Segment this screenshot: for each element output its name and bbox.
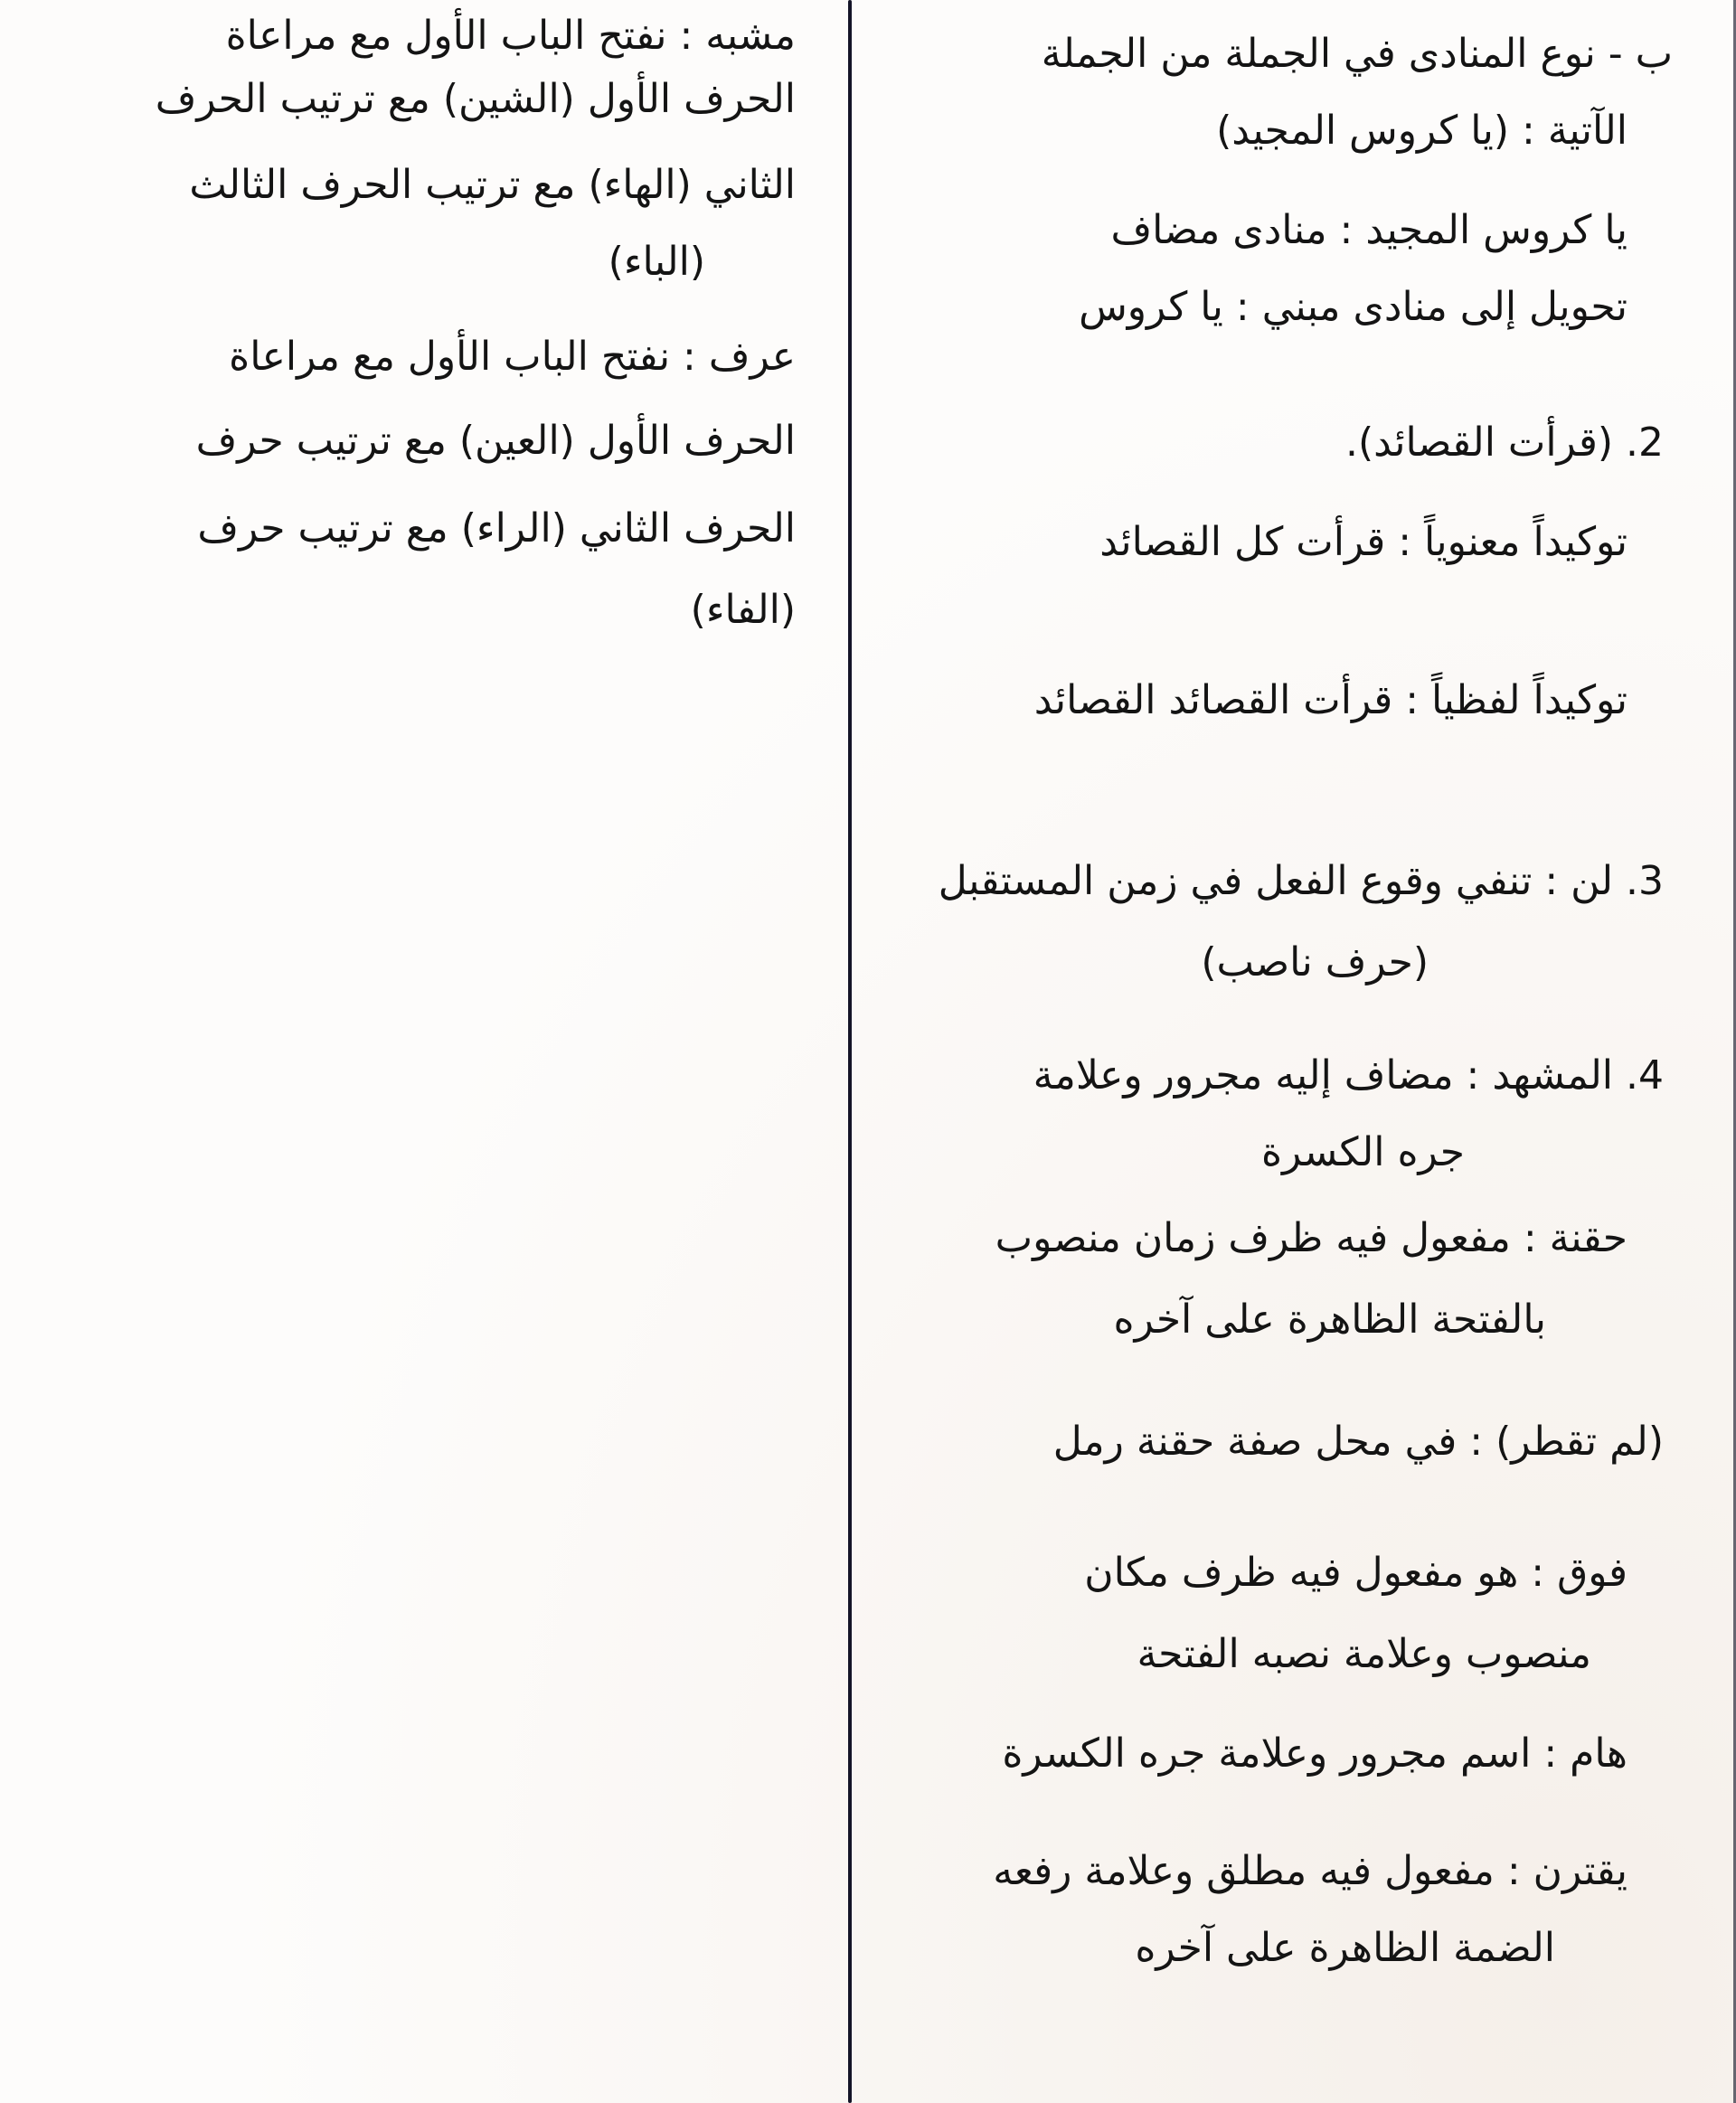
note-line: تحويل إلى منادى مبني : يا كروس <box>1079 280 1627 335</box>
question-3-line: 3. لن : تنفي وقوع الفعل في زمن المستقبل <box>939 854 1664 909</box>
note-line: يا كروس المجيد : منادى مضاف <box>1111 203 1627 258</box>
note-line: الحرف الأول (العين) مع ترتيب حرف <box>196 414 796 468</box>
question-b-line: ب - نوع المنادى في الجملة من الجملة <box>1042 27 1673 81</box>
note-line: منصوب وعلامة نصبه الفتحة <box>1137 1627 1591 1682</box>
note-line: توكيداً لفظياً : قرأت القصائد القصائد <box>1034 674 1627 728</box>
note-line: بالفتحة الظاهرة على آخره <box>1114 1293 1546 1347</box>
question-2-line: 2. (قرأت القصائد). <box>1345 416 1664 470</box>
note-line: الثاني (الهاء) مع ترتيب الحرف الثالث <box>189 158 796 212</box>
note-line: حقنة : مفعول فيه ظرف زمان منصوب <box>995 1212 1627 1266</box>
note-line: مشبه : نفتح الباب الأول مع مراعاة <box>226 9 796 63</box>
note-line: الآتية : (يا كروس المجيد) <box>1216 104 1627 158</box>
note-line: هام : اسم مجرور وعلامة جره الكسرة <box>1002 1727 1627 1781</box>
note-line: الحرف الثاني (الراء) مع ترتيب حرف <box>197 502 796 556</box>
note-line: (الفاء) <box>691 583 796 637</box>
column-divider-line <box>848 0 852 2103</box>
note-line: توكيداً معنوياً : قرأت كل القصائد <box>1099 515 1627 570</box>
handwritten-page: مشبه : نفتح الباب الأول مع مراعاة الحرف … <box>0 0 1736 2103</box>
question-4-line: 4. المشهد : مضاف إليه مجرور وعلامة <box>1033 1049 1664 1103</box>
note-line: يقترن : مفعول فيه مطلق وعلامة رفعه <box>993 1844 1627 1899</box>
note-line: الضمة الظاهرة على آخره <box>1135 1921 1555 1976</box>
note-line: جره الكسرة <box>1261 1126 1465 1180</box>
note-line: الحرف الأول (الشين) مع ترتيب الحرف <box>156 72 796 127</box>
note-line: (لم تقطر) : في محل صفة حقنة رمل <box>1053 1415 1664 1469</box>
note-line: (حرف ناصب) <box>1201 936 1429 990</box>
note-line: عرف : نفتح الباب الأول مع مراعاة <box>229 330 796 384</box>
note-line: (الباء) <box>609 235 705 289</box>
note-line: فوق : هو مفعول فيه ظرف مكان <box>1084 1546 1627 1600</box>
